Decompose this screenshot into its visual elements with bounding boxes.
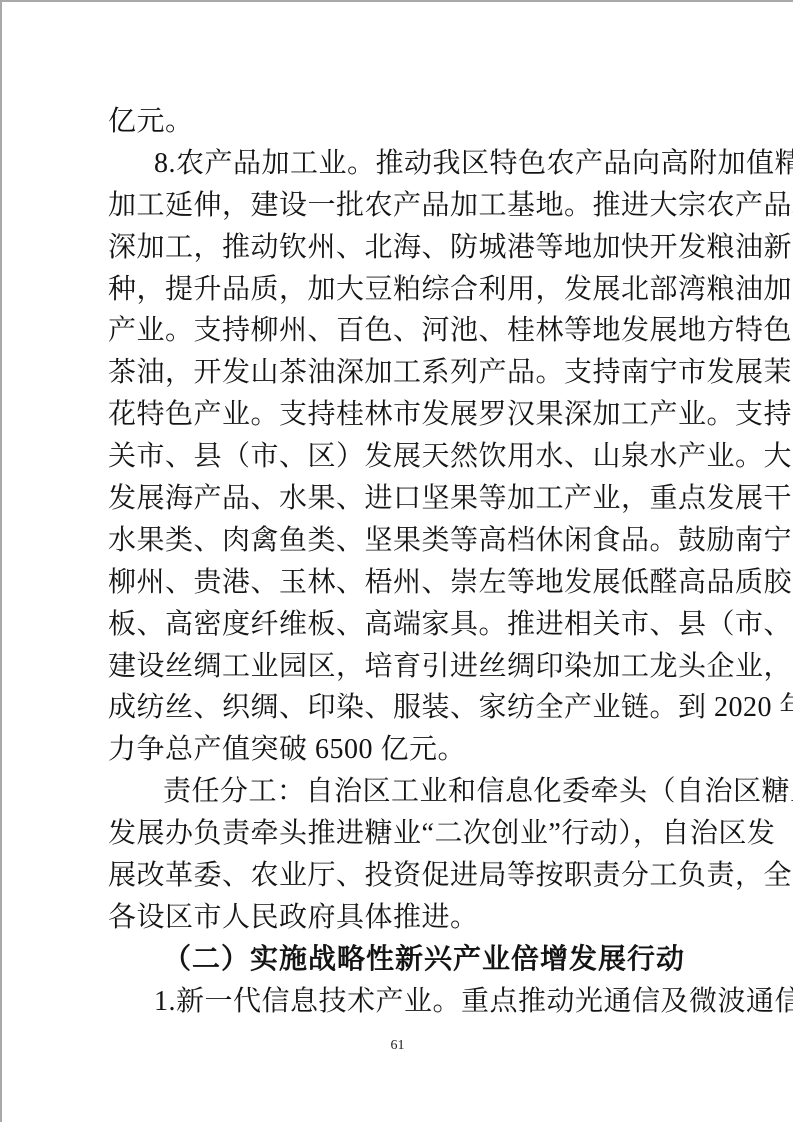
text-line: 种，提升品质，加大豆粕综合利用，发展北部湾粮油加工 <box>108 269 692 311</box>
text-line: 板、高密度纤维板、高端家具。推进相关市、县（市、区） <box>108 604 692 646</box>
text-line: 茶油，开发山茶油深加工系列产品。支持南宁市发展茉莉 <box>108 352 692 394</box>
text-line: 花特色产业。支持桂林市发展罗汉果深加工产业。支持相 <box>108 394 692 436</box>
text-line: 8.农产品加工业。推动我区特色农产品向高附加值精深 <box>108 143 692 185</box>
text-line: 发展办负责牵头推进糖业“二次创业”行动），自治区发 <box>108 813 692 855</box>
text-line: 深加工，推动钦州、北海、防城港等地加快开发粮油新品 <box>108 227 692 269</box>
page-number: 61 <box>2 1038 793 1054</box>
document-body: 亿元。 8.农产品加工业。推动我区特色农产品向高附加值精深 加工延伸，建设一批农… <box>108 101 692 1023</box>
text-line: 各设区市人民政府具体推进。 <box>108 897 692 939</box>
text-line: 1.新一代信息技术产业。重点推动光通信及微波通信设 <box>108 981 692 1023</box>
text-line: 加工延伸，建设一批农产品加工基地。推进大宗农产品精 <box>108 185 692 227</box>
document-page: 亿元。 8.农产品加工业。推动我区特色农产品向高附加值精深 加工延伸，建设一批农… <box>0 0 793 1122</box>
text-line: 建设丝绸工业园区，培育引进丝绸印染加工龙头企业，形 <box>108 646 692 688</box>
text-line: 产业。支持柳州、百色、河池、桂林等地发展地方特色山 <box>108 310 692 352</box>
text-line: 水果类、肉禽鱼类、坚果类等高档休闲食品。鼓励南宁、 <box>108 520 692 562</box>
text-line: 发展海产品、水果、进口坚果等加工产业，重点发展干制 <box>108 478 692 520</box>
text-line: 成纺丝、织绸、印染、服装、家纺全产业链。到 2020 年， <box>108 687 692 729</box>
text-line: 关市、县（市、区）发展天然饮用水、山泉水产业。大力 <box>108 436 692 478</box>
section-heading: （二）实施战略性新兴产业倍增发展行动 <box>108 939 692 981</box>
text-line: 柳州、贵港、玉林、梧州、崇左等地发展低醛高品质胶合 <box>108 562 692 604</box>
text-line: 亿元。 <box>108 101 692 143</box>
text-line: 责任分工：自治区工业和信息化委牵头（自治区糖业 <box>108 771 692 813</box>
text-line: 力争总产值突破 6500 亿元。 <box>108 729 692 771</box>
text-line: 展改革委、农业厅、投资促进局等按职责分工负责，全区 <box>108 855 692 897</box>
